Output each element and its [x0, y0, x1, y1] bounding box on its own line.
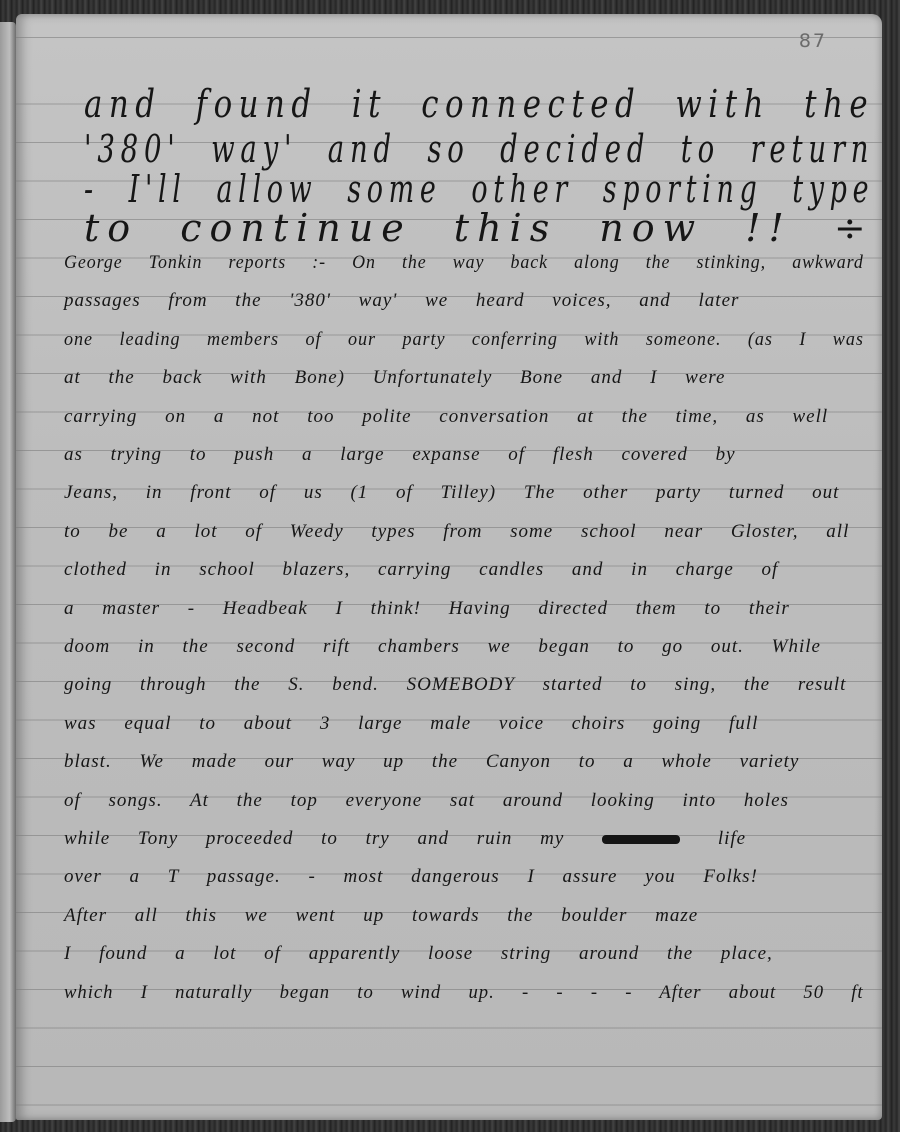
report-line: as trying to push a large expanse of fle…	[64, 444, 852, 466]
report-line: while Tony proceeded to try and ruin my …	[64, 828, 852, 850]
struck-out-word	[602, 835, 680, 844]
intro-line: and found it connected with the	[84, 82, 708, 126]
report-line: a master - Headbeak I think! Having dire…	[64, 598, 852, 620]
report-line: clothed in school blazers, carrying cand…	[64, 559, 852, 581]
report-line: which I naturally began to wind up. - - …	[64, 982, 837, 1004]
report-line: one leading members of our party conferr…	[64, 329, 815, 351]
report-line: George Tonkin reports :- On the way back…	[64, 252, 806, 274]
report-line: to be a lot of Weedy types from some sch…	[64, 521, 852, 543]
report-line: passages from the '380' way' we heard vo…	[64, 290, 852, 312]
report-line: carrying on a not too polite conversatio…	[64, 406, 852, 428]
report-line: I found a lot of apparently loose string…	[64, 943, 852, 965]
report-line: was equal to about 3 large male voice ch…	[64, 713, 852, 735]
report-line: of songs. At the top everyone sat around…	[64, 790, 852, 812]
report-line: After all this we went up towards the bo…	[64, 905, 852, 927]
report-line: doom in the second rift chambers we bega…	[64, 636, 852, 658]
intro-line: '380' way' and so decided to return	[84, 127, 640, 171]
report-line: Jeans, in front of us (1 of Tilley) The …	[64, 482, 852, 504]
report-line: over a T passage. - most dangerous I ass…	[64, 866, 852, 888]
facing-page-edge	[0, 22, 16, 1122]
notebook-page: 87 and found it connected with the'380' …	[16, 14, 882, 1120]
page-number: 87	[799, 30, 827, 52]
report-line: going through the S. bend. SOMEBODY star…	[64, 674, 852, 696]
intro-line: - I'll allow some other sporting type	[84, 167, 629, 211]
report-line: at the back with Bone) Unfortunately Bon…	[64, 367, 852, 389]
report-line: blast. We made our way up the Canyon to …	[64, 751, 852, 773]
intro-line: to continue this now !! ÷	[84, 206, 852, 250]
